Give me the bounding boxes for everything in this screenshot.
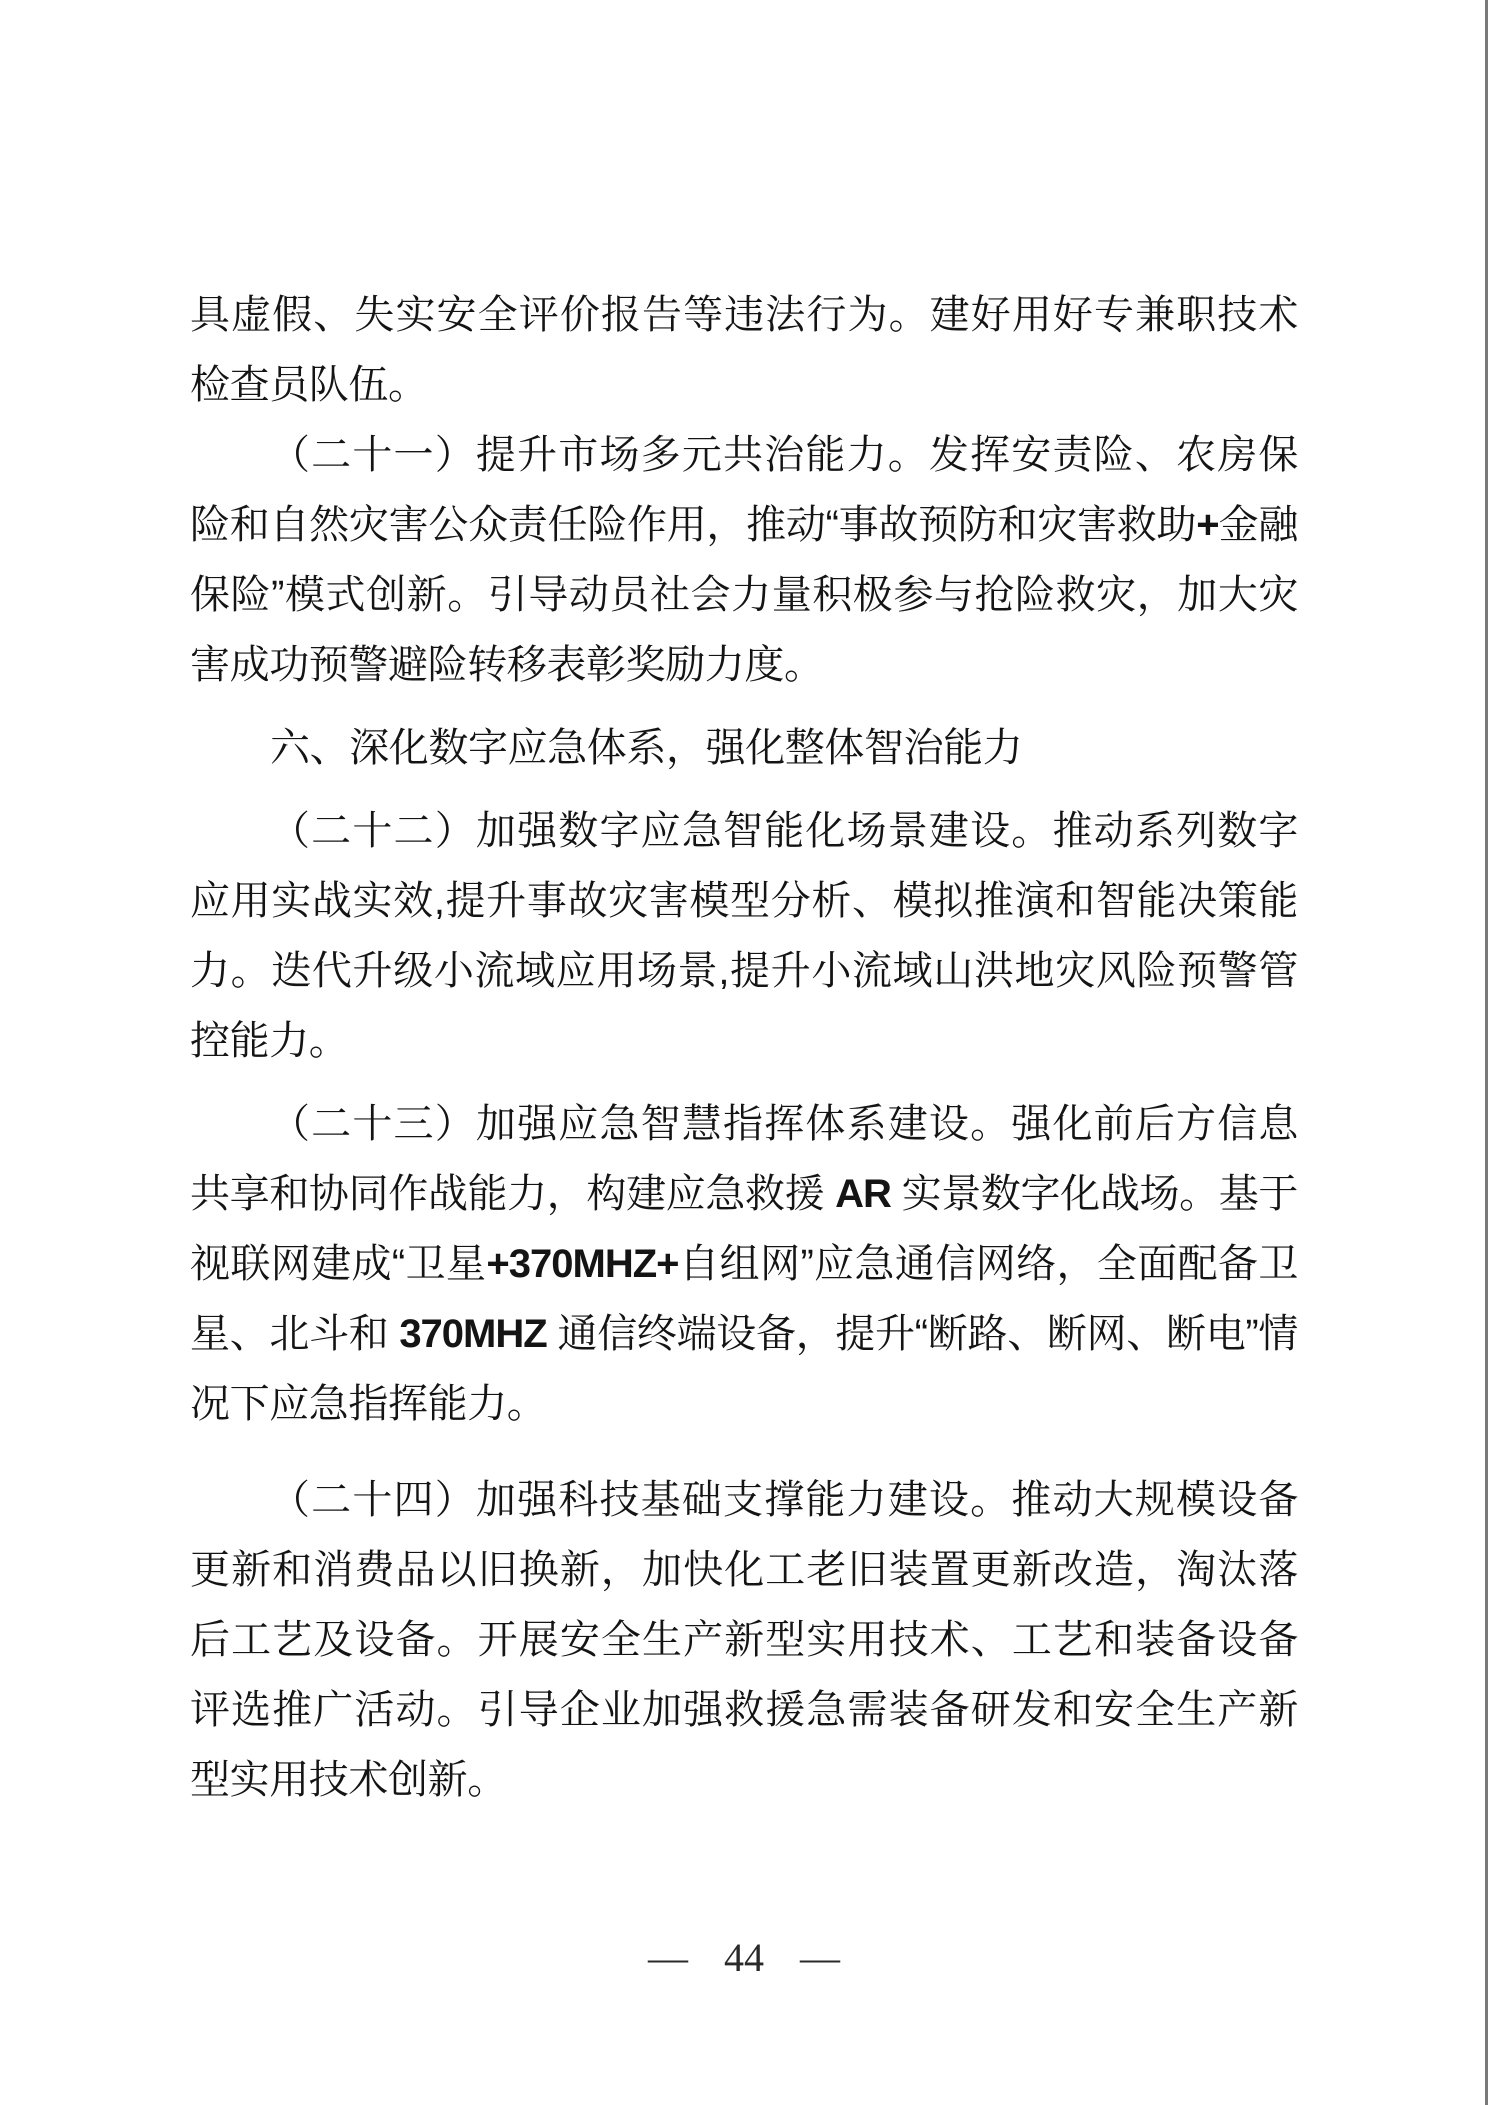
paragraph-21: （二十一）提升市场多元共治能力。发挥安责险、农房保险和自然灾害公众责任险作用，推… — [190, 420, 1298, 700]
section-6-heading: 六、深化数字应急体系，强化整体智治能力 — [190, 713, 1298, 783]
paragraph-22: （二十二）加强数字应急智能化场景建设。推动系列数字应用实战实效,提升事故灾害模型… — [190, 796, 1298, 1076]
paragraph-continuation: 具虚假、失实安全评价报告等违法行为。建好用好专兼职技术检查员队伍。 — [190, 280, 1298, 420]
paragraph-24: （二十四）加强科技基础支撑能力建设。推动大规模设备更新和消费品以旧换新，加快化工… — [190, 1465, 1298, 1815]
document-body: 具虚假、失实安全评价报告等违法行为。建好用好专兼职技术检查员队伍。 （二十一）提… — [190, 280, 1298, 1815]
document-page: 具虚假、失实安全评价报告等违法行为。建好用好专兼职技术检查员队伍。 （二十一）提… — [0, 0, 1488, 2105]
page-number: — 44 — — [0, 1936, 1488, 1980]
paragraph-23: （二十三）加强应急智慧指挥体系建设。强化前后方信息共享和协同作战能力，构建应急救… — [190, 1089, 1298, 1439]
